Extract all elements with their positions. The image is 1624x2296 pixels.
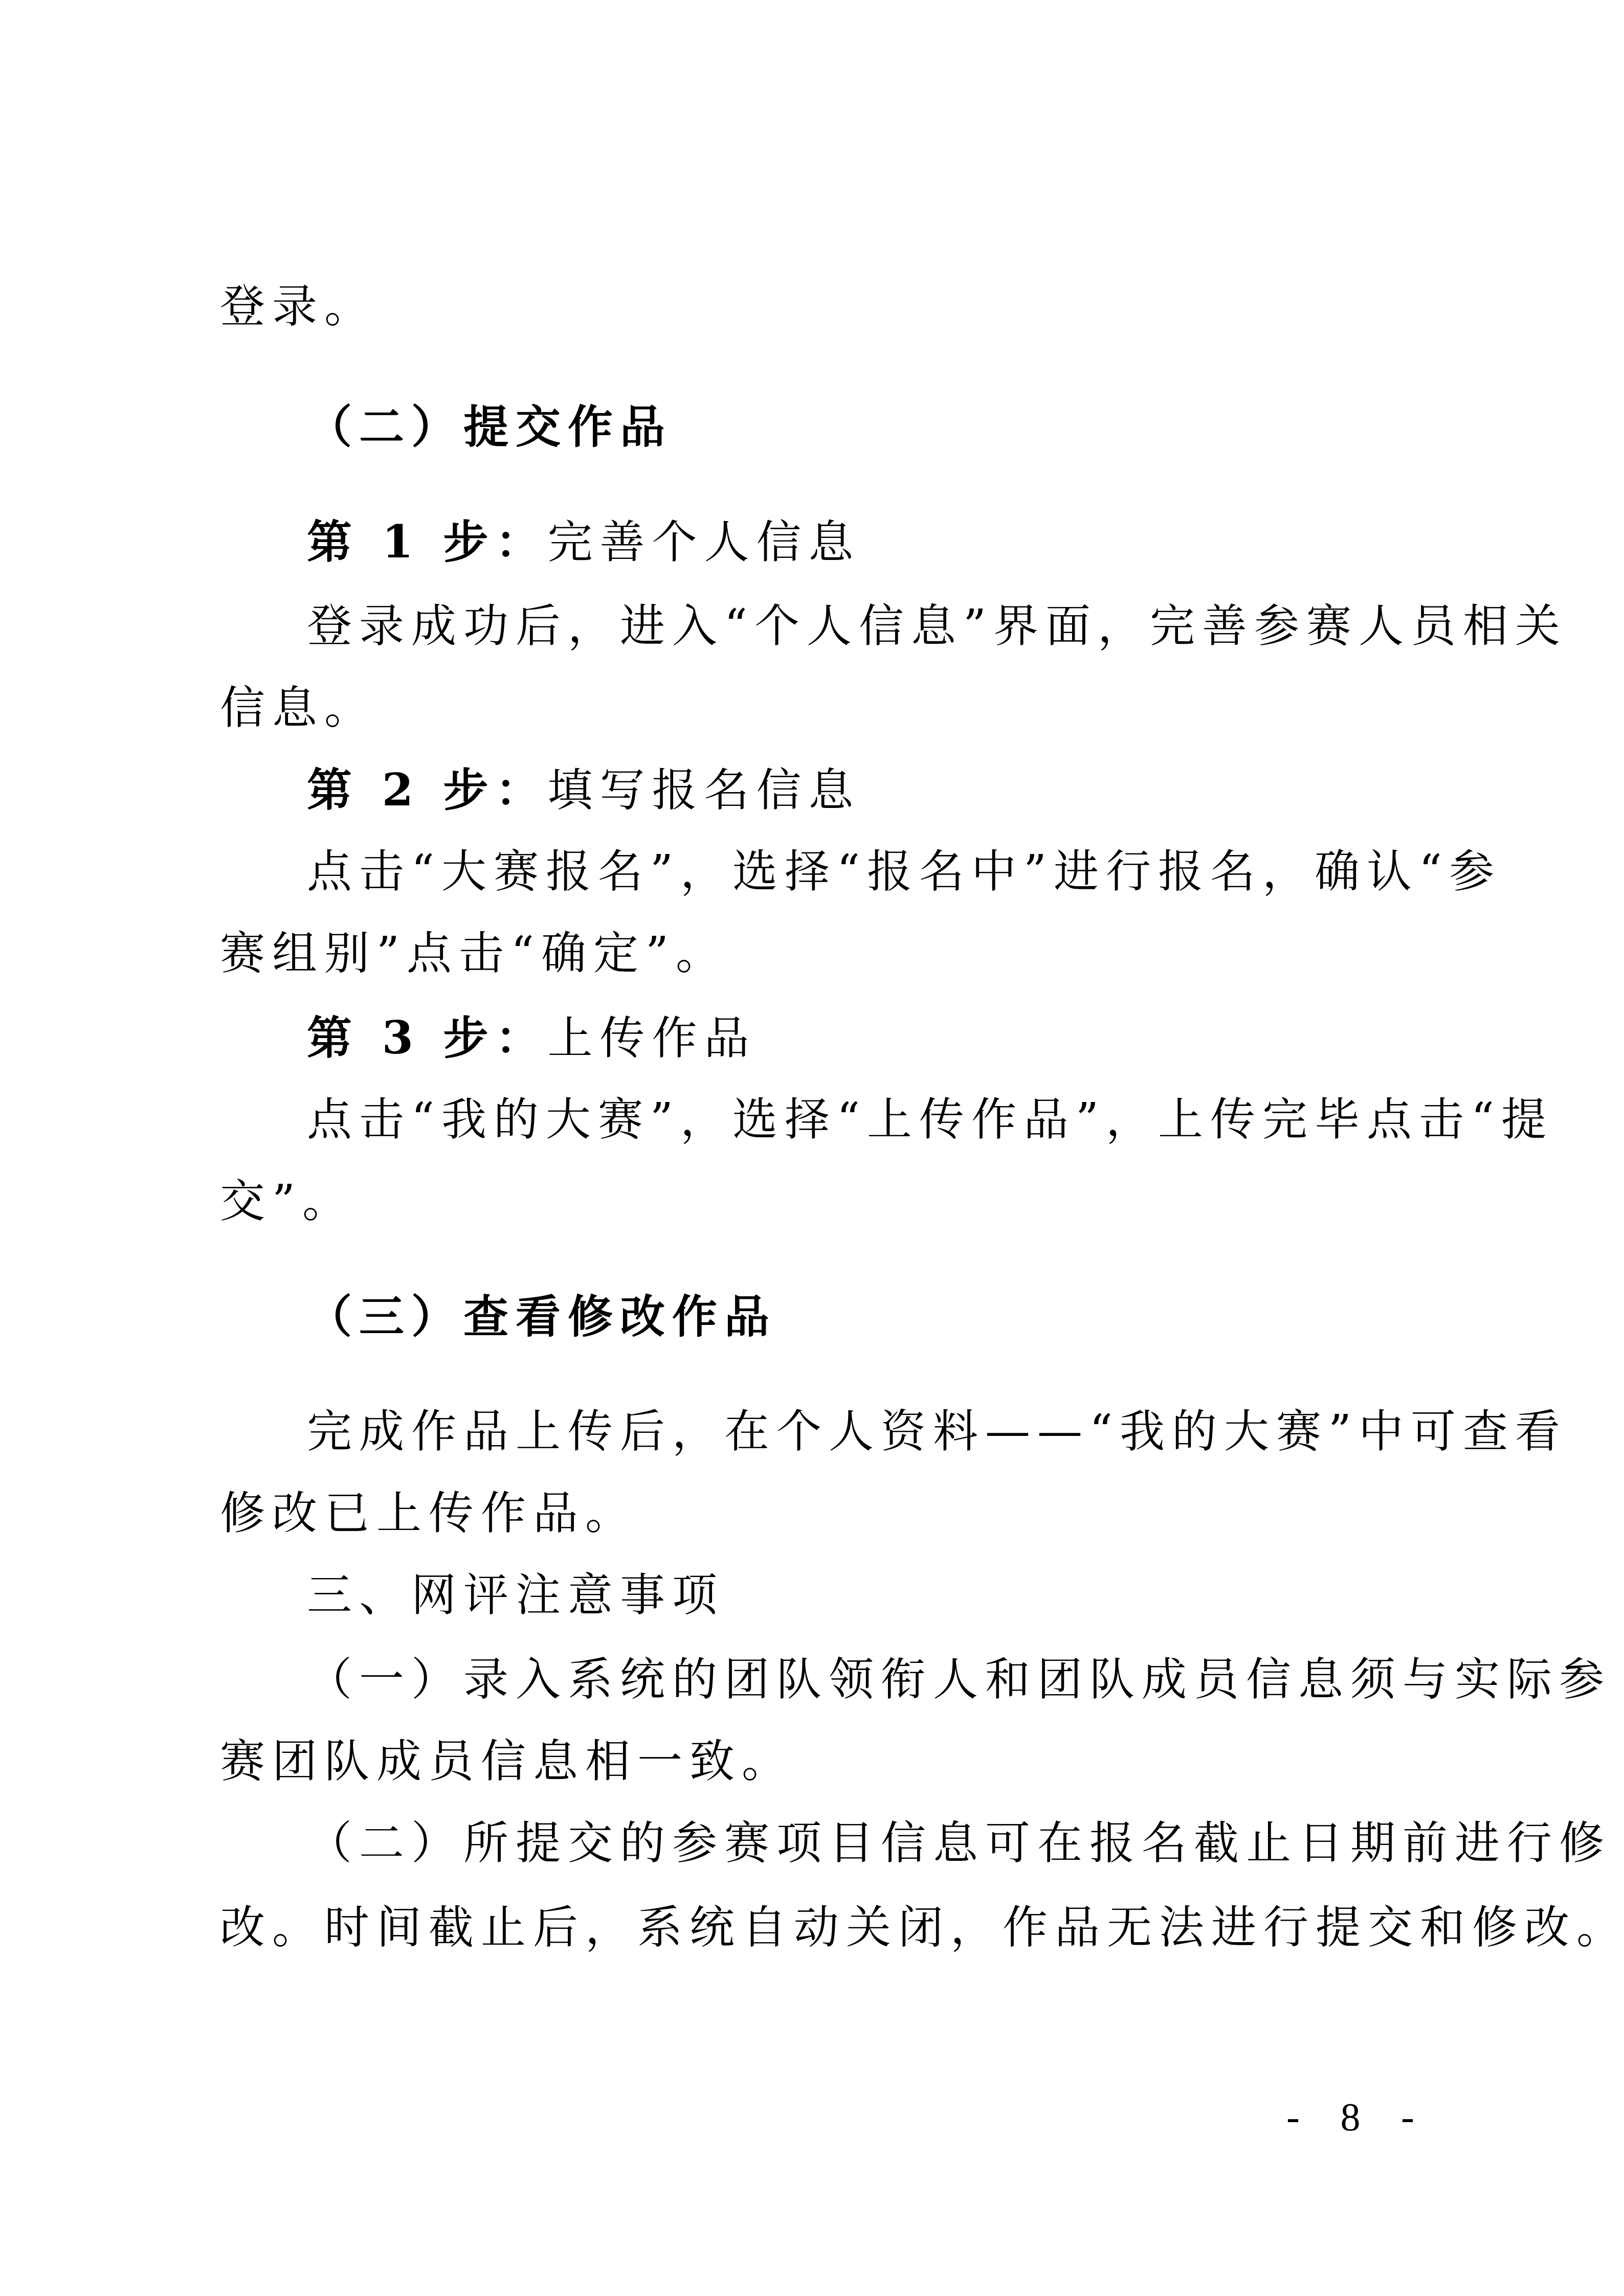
- section-heading-review-notes: 三、网评注意事项: [307, 1572, 724, 1617]
- step-label: 第 1 步：: [307, 515, 548, 568]
- paragraph-line: 点击“我的大赛”，选择“上传作品”，上传完毕点击“提: [307, 1097, 1553, 1142]
- step-title: 完善个人信息: [548, 515, 861, 568]
- step-3: 第 3 步：上传作品: [307, 1015, 757, 1061]
- paragraph-line: 交”。: [220, 1179, 354, 1224]
- paragraph-line: 点击“大赛报名”，选择“报名中”进行报名，确认“参: [307, 849, 1501, 894]
- paragraph-line: （二）所提交的参赛项目信息可在报名截止日期前进行修: [307, 1820, 1611, 1865]
- paragraph-line: 登录成功后，进入“个人信息”界面，完善参赛人员相关: [307, 603, 1567, 648]
- paragraph-line: 登录。: [220, 284, 376, 329]
- page-number: - 8 -: [1286, 2094, 1430, 2140]
- step-label: 第 2 步：: [307, 763, 548, 816]
- paragraph-line: （一）录入系统的团队领衔人和团队成员信息须与实际参: [307, 1657, 1611, 1702]
- paragraph-line: 修改已上传作品。: [220, 1491, 637, 1536]
- paragraph-line: 完成作品上传后，在个人资料——“我的大赛”中可查看: [307, 1409, 1567, 1454]
- section-heading-view-modify: （三）查看修改作品: [307, 1294, 776, 1339]
- step-2: 第 2 步：填写报名信息: [307, 767, 861, 813]
- paragraph-line: 信息。: [220, 685, 376, 730]
- paragraph-line: 赛组别”点击“确定”。: [220, 931, 728, 976]
- step-title: 填写报名信息: [548, 763, 861, 816]
- paragraph-line: 改。时间截止后，系统自动关闭，作品无法进行提交和修改。: [220, 1905, 1624, 1950]
- step-title: 上传作品: [548, 1011, 757, 1064]
- paragraph-line: 赛团队成员信息相一致。: [220, 1739, 794, 1784]
- section-heading-submit-work: （二）提交作品: [307, 404, 672, 449]
- step-label: 第 3 步：: [307, 1011, 548, 1064]
- step-1: 第 1 步：完善个人信息: [307, 519, 861, 565]
